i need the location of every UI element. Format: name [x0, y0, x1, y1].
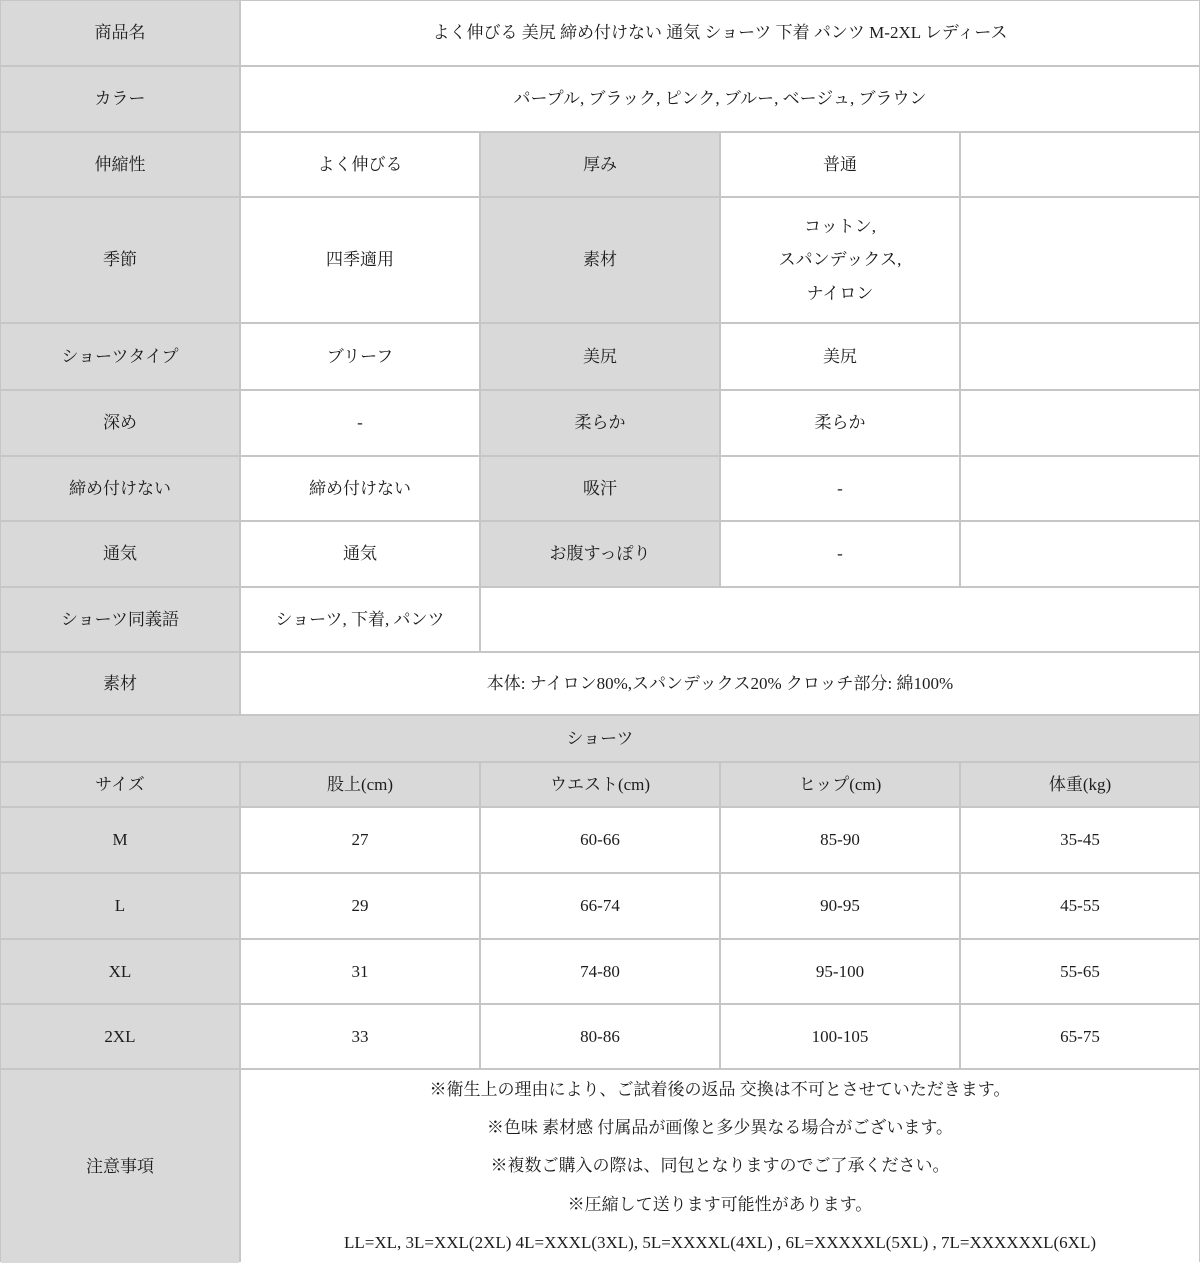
size-row-rise: 33 — [241, 1005, 479, 1068]
size-row-hip: 85-90 — [721, 808, 959, 872]
empty-cell — [961, 198, 1199, 322]
attr-value-bijiri: 美尻 — [721, 324, 959, 389]
note-line: ※圧縮して送ります可能性があります。 — [568, 1186, 873, 1224]
attr-value-stretch: よく伸びる — [241, 133, 479, 196]
color-value: パープル, ブラック, ピンク, ブルー, ベージュ, ブラウン — [241, 67, 1199, 131]
attr-value-thickness: 普通 — [721, 133, 959, 196]
size-row-rise: 31 — [241, 940, 479, 1003]
empty-cell — [961, 133, 1199, 196]
size-row-weight: 45-55 — [961, 874, 1199, 938]
size-row-weight: 35-45 — [961, 808, 1199, 872]
attr-label-season: 季節 — [1, 198, 239, 322]
size-row-waist: 60-66 — [481, 808, 719, 872]
size-row-weight: 65-75 — [961, 1005, 1199, 1068]
size-row-waist: 80-86 — [481, 1005, 719, 1068]
size-chart-header-weight: 体重(kg) — [961, 763, 1199, 806]
size-chart-header-waist: ウエスト(cm) — [481, 763, 719, 806]
attr-value-sweat: - — [721, 457, 959, 520]
size-chart-section-title: ショーツ — [1, 716, 1199, 761]
attr-label-depth: 深め — [1, 391, 239, 455]
product-name-label: 商品名 — [1, 1, 239, 65]
note-line: ※衛生上の理由により、ご試着後の返品 交換は不可とさせていただきます。 — [430, 1071, 1011, 1109]
attr-value-material: コットン, スパンデックス, ナイロン — [721, 198, 959, 322]
empty-cell — [961, 457, 1199, 520]
attr-value-shorts-type: ブリーフ — [241, 324, 479, 389]
attr-label-thickness: 厚み — [481, 133, 719, 196]
product-spec-table: 商品名 よく伸びる 美尻 締め付けない 通気 ショーツ 下着 パンツ M-2XL… — [0, 0, 1200, 1262]
size-chart-header-hip: ヒップ(cm) — [721, 763, 959, 806]
attr-value-depth: - — [241, 391, 479, 455]
size-chart-header-size: サイズ — [1, 763, 239, 806]
attr-label-shorts-type: ショーツタイプ — [1, 324, 239, 389]
attr-value-soft: 柔らか — [721, 391, 959, 455]
size-row-label: XL — [1, 940, 239, 1003]
notes-content: ※衛生上の理由により、ご試着後の返品 交換は不可とさせていただきます。 ※色味 … — [241, 1070, 1199, 1263]
material-value: 本体: ナイロン80%,スパンデックス20% クロッチ部分: 綿100% — [241, 653, 1199, 714]
note-line: LL=XL, 3L=XXL(2XL) 4L=XXXL(3XL), 5L=XXXX… — [344, 1224, 1096, 1262]
product-name-value: よく伸びる 美尻 締め付けない 通気 ショーツ 下着 パンツ M-2XL レディ… — [241, 1, 1199, 65]
attr-label-soft: 柔らか — [481, 391, 719, 455]
note-line: ※複数ご購入の際は、同包となりますのでご了承ください。 — [491, 1147, 950, 1185]
size-row-rise: 29 — [241, 874, 479, 938]
size-row-waist: 66-74 — [481, 874, 719, 938]
notes-label: 注意事項 — [1, 1070, 239, 1263]
size-row-rise: 27 — [241, 808, 479, 872]
attr-label-bijiri: 美尻 — [481, 324, 719, 389]
empty-cell — [481, 588, 1199, 651]
synonym-label: ショーツ同義語 — [1, 588, 239, 651]
attr-value-no-tight: 締め付けない — [241, 457, 479, 520]
empty-cell — [961, 324, 1199, 389]
attr-label-breathable: 通気 — [1, 522, 239, 586]
note-line: ※色味 素材感 付属品が画像と多少異なる場合がございます。 — [487, 1109, 953, 1147]
attr-value-tummy: - — [721, 522, 959, 586]
attr-label-sweat: 吸汗 — [481, 457, 719, 520]
empty-cell — [961, 391, 1199, 455]
synonym-value: ショーツ, 下着, パンツ — [241, 588, 479, 651]
size-row-hip: 95-100 — [721, 940, 959, 1003]
size-chart-header-rise: 股上(cm) — [241, 763, 479, 806]
size-row-label: M — [1, 808, 239, 872]
size-row-label: 2XL — [1, 1005, 239, 1068]
size-row-waist: 74-80 — [481, 940, 719, 1003]
size-row-hip: 100-105 — [721, 1005, 959, 1068]
attr-label-stretch: 伸縮性 — [1, 133, 239, 196]
size-row-label: L — [1, 874, 239, 938]
empty-cell — [961, 522, 1199, 586]
attr-value-breathable: 通気 — [241, 522, 479, 586]
attr-label-material: 素材 — [481, 198, 719, 322]
attr-label-no-tight: 締め付けない — [1, 457, 239, 520]
attr-label-tummy: お腹すっぽり — [481, 522, 719, 586]
material-label: 素材 — [1, 653, 239, 714]
color-label: カラー — [1, 67, 239, 131]
attr-value-season: 四季適用 — [241, 198, 479, 322]
size-row-weight: 55-65 — [961, 940, 1199, 1003]
size-row-hip: 90-95 — [721, 874, 959, 938]
